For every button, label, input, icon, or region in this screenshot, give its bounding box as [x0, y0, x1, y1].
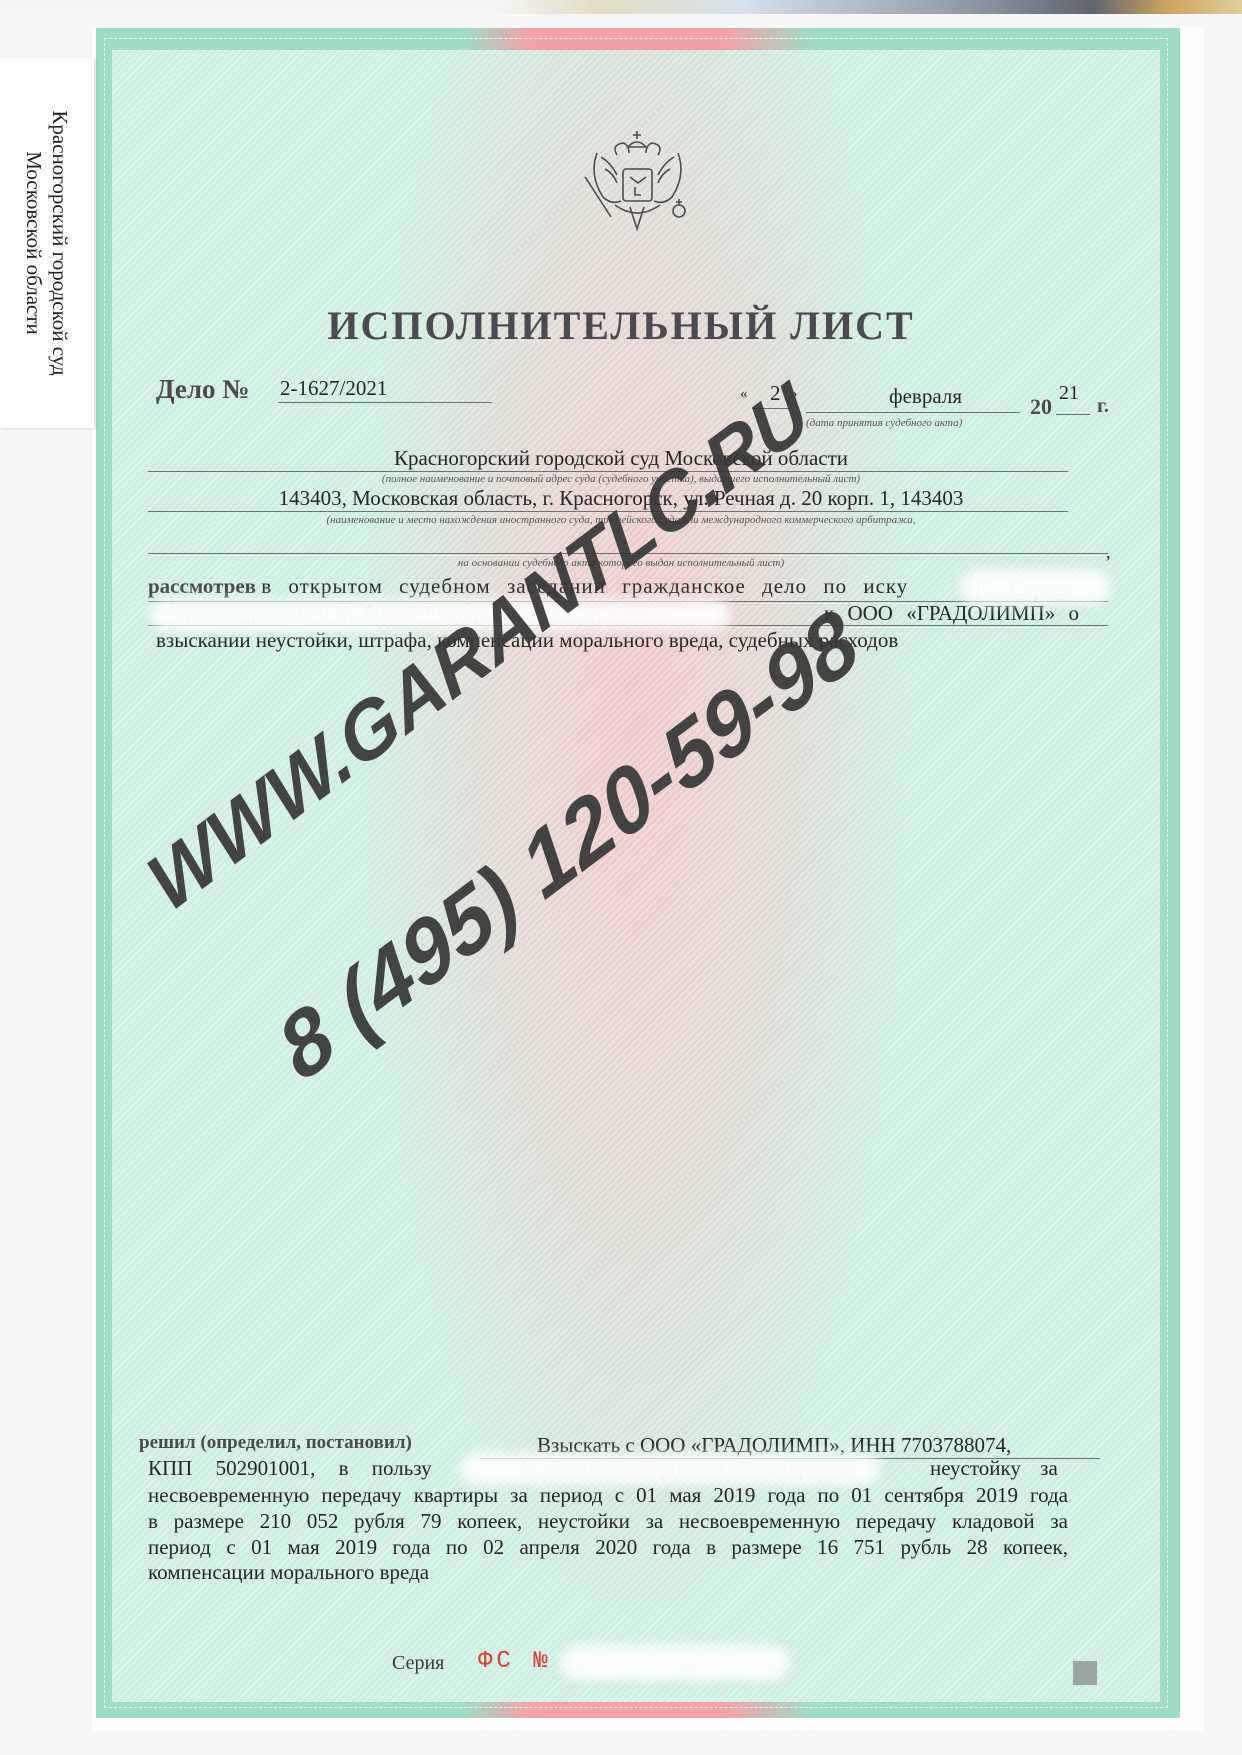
court-side-label: Красногорский городской суд Московской о…: [0, 58, 95, 428]
document-title: ИСПОЛНИТЕЛЬНЫЙ ЛИСТ: [0, 302, 1242, 349]
case-number-underline: [278, 402, 492, 403]
series-code: ФС №: [478, 1648, 552, 1675]
court-name: Красногорский городской суд Московской о…: [0, 446, 1242, 471]
series-number-redaction: [560, 1646, 790, 1680]
decided-line5: период с 01 мая 2019 года по 02 апреля 2…: [148, 1534, 1068, 1560]
corner-marker-square: [1073, 1661, 1097, 1685]
russian-coat-of-arms-icon: [575, 125, 700, 235]
redaction-blur: [960, 570, 1110, 604]
decided-line2-tail: неустойку за: [930, 1456, 1058, 1481]
year-underline: [1056, 414, 1090, 415]
decided-label: решил (определил, постановил): [139, 1432, 412, 1454]
year-suffix-label: г.: [1097, 395, 1109, 418]
scanner-edge: [0, 0, 1242, 14]
case-label: Дело №: [156, 374, 249, 405]
redaction-blur: [460, 1454, 880, 1484]
year-suffix: 21: [1059, 382, 1079, 405]
decided-line4: в размере 210 052 рубля 79 копеек, неуст…: [148, 1508, 1068, 1534]
case-number: 2-1627/2021: [280, 376, 387, 401]
series-label: Серия: [392, 1652, 444, 1675]
year-prefix: 20: [1030, 394, 1052, 420]
date-month-underline: [806, 412, 1020, 413]
decided-line2-head: КПП 502901001, в пользу: [148, 1456, 432, 1481]
date-month: февраля: [889, 384, 962, 409]
date-hint: (дата принятия судебного акта): [806, 417, 962, 429]
decided-line6: компенсации морального вреда: [148, 1560, 429, 1585]
considered-line2-tail: к ООО «ГРАДОЛИМП» о: [824, 601, 1079, 626]
considered-label: рассмотрев: [148, 574, 256, 598]
decided-line3: несвоевременную передачу квартиры за пер…: [148, 1482, 1068, 1508]
court-name-underline: [148, 471, 1068, 472]
